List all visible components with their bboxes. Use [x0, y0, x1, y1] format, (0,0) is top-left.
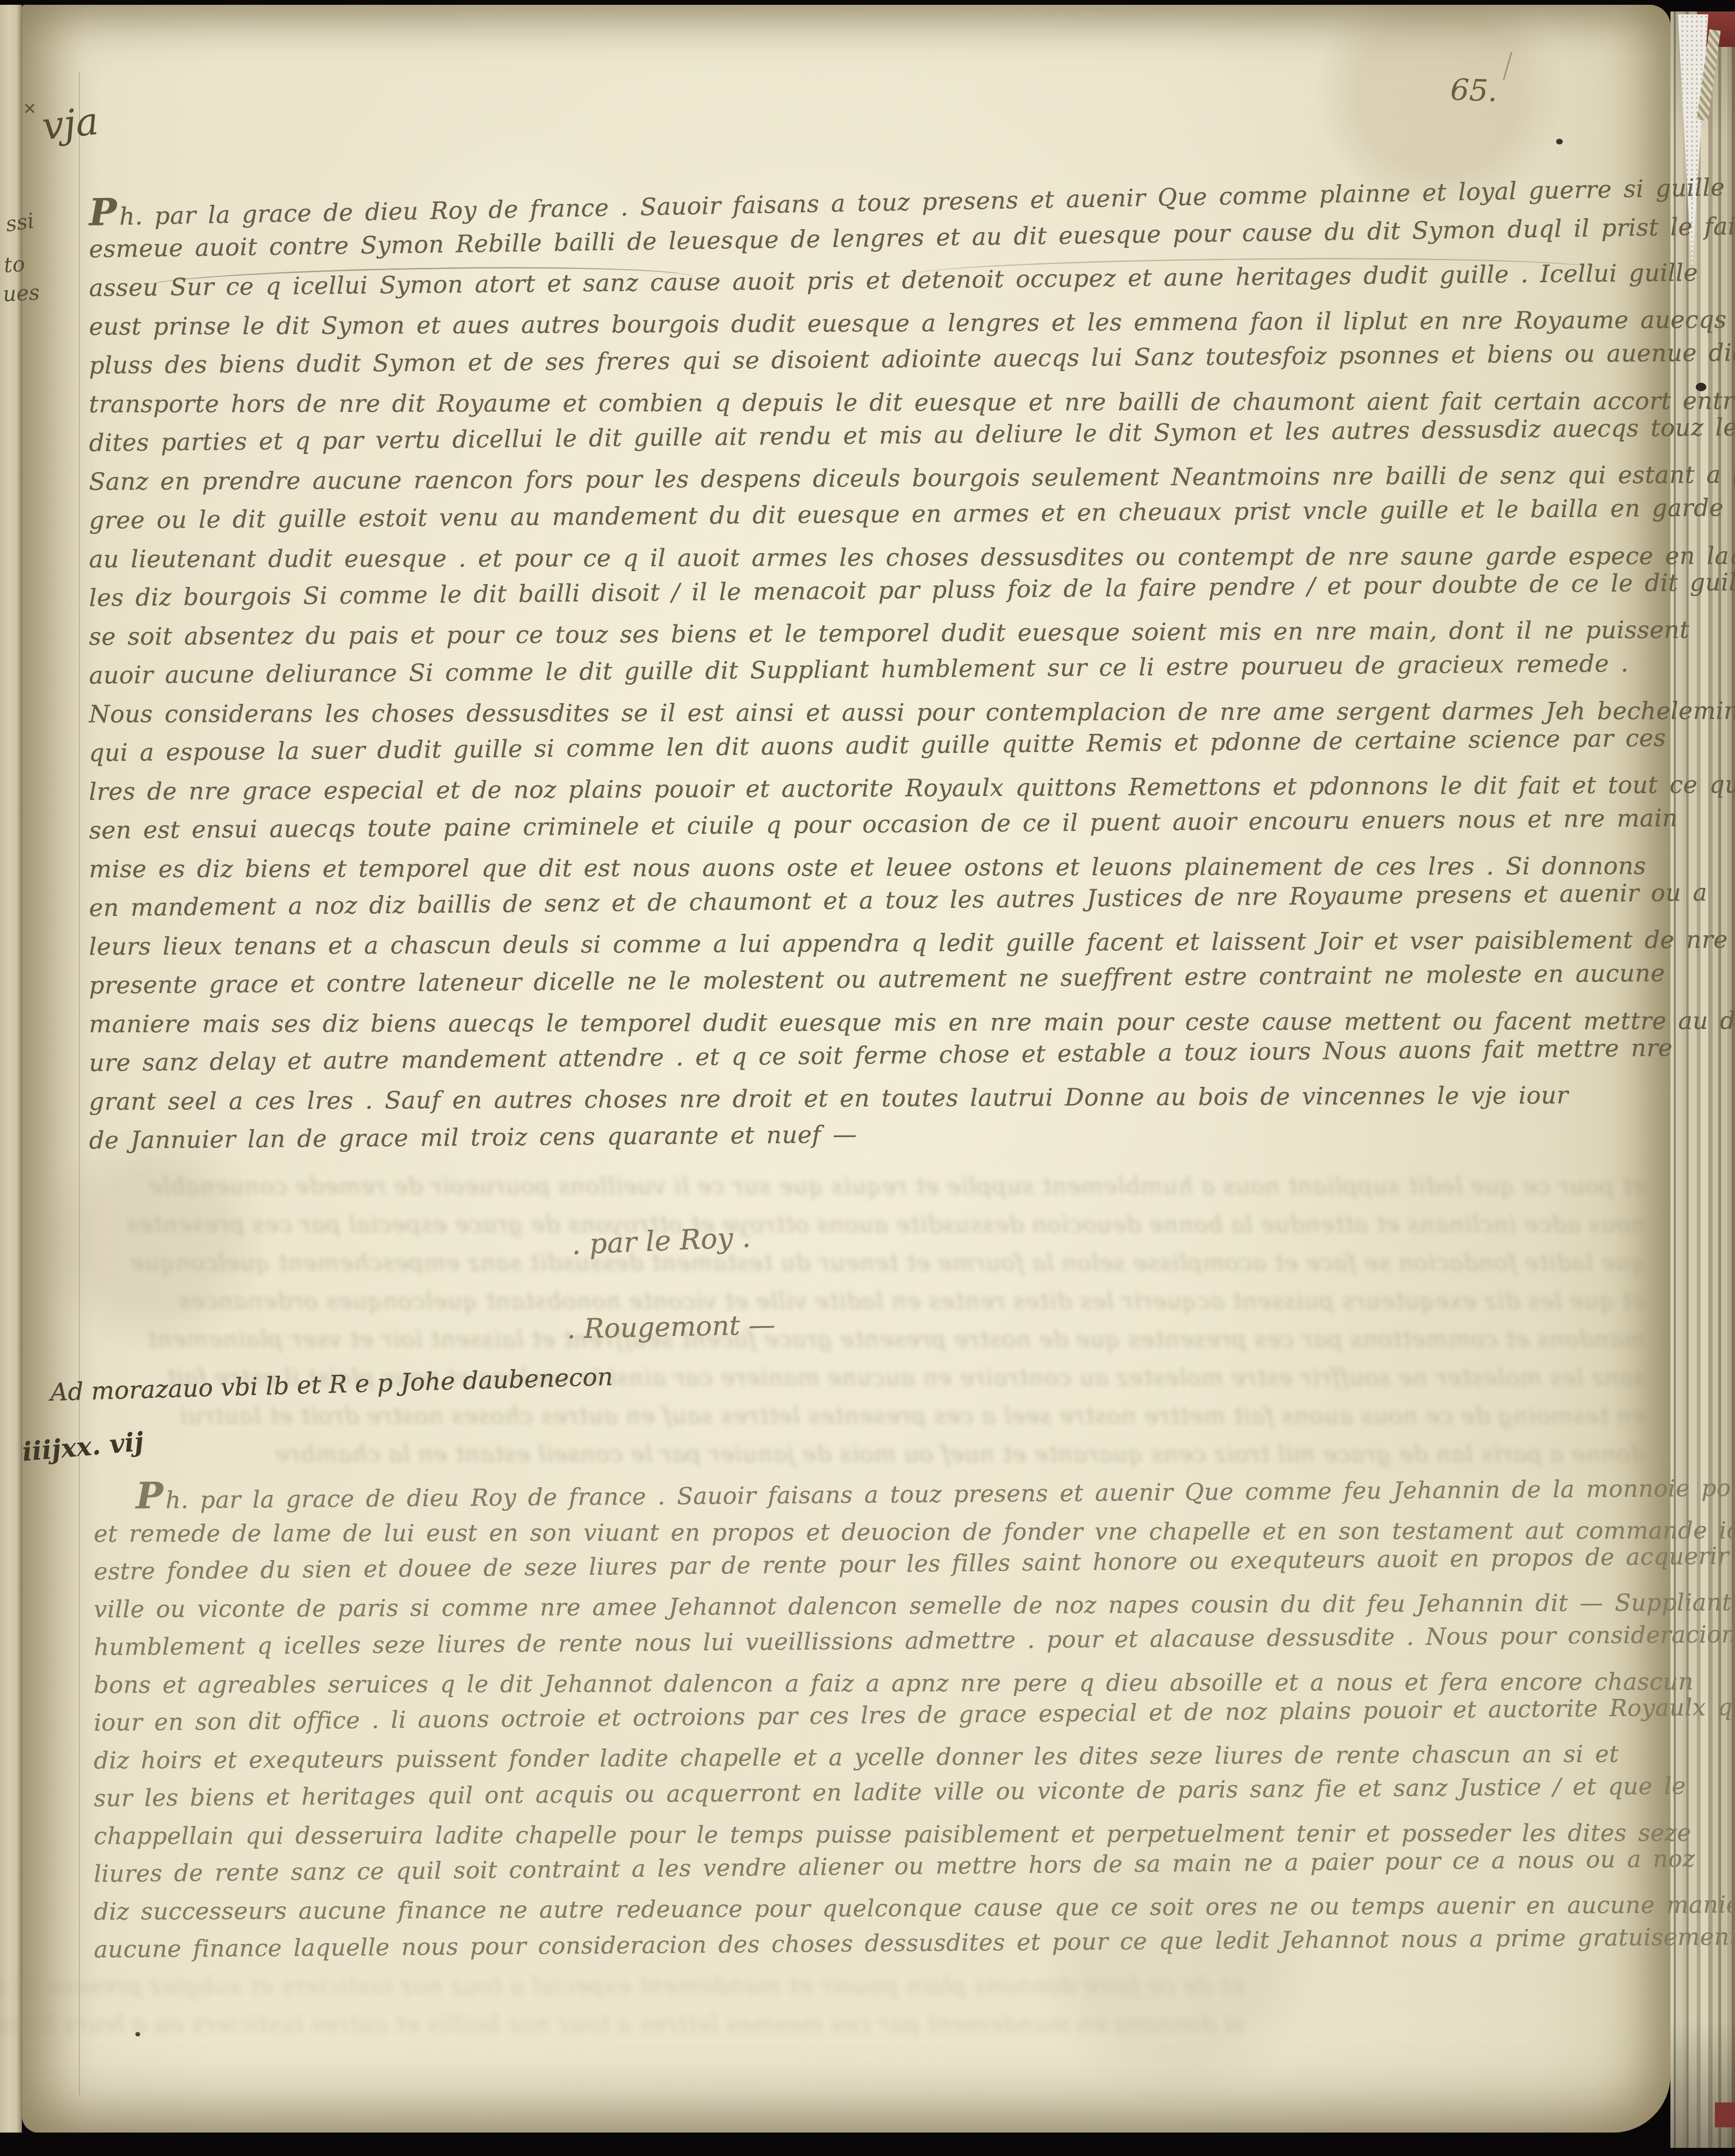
bleedthrough-text: et pour ce que ledit suppliant nous a hu…: [268, 1167, 1646, 1473]
margin-fragment: ues: [2, 280, 41, 307]
charter-1-text: Ph. par la grace de dieu Roy de france .…: [89, 191, 1658, 1160]
margin-cross-mark: ✕: [23, 100, 37, 119]
margin-ruling-line: [79, 72, 80, 2095]
cover-red-edge-bottom: [1715, 2102, 1735, 2127]
text-line: mandons et commettons par ces presentes …: [268, 1320, 1646, 1359]
charter-2-text: Ph. par la grace de dieu Roy de france .…: [94, 1477, 1663, 1968]
page-number: 65.: [1450, 72, 1498, 108]
text-line: et de ce faire donnons plain pouoir et m…: [144, 1967, 1244, 2005]
ink-blot: [1556, 139, 1563, 144]
text-line: que ladite fondacion se face et acomplis…: [268, 1244, 1646, 1282]
margin-fragment: to: [3, 252, 26, 278]
ink-blot: [1696, 383, 1706, 391]
text-line: et pour ce que ledit suppliant nous a hu…: [268, 1167, 1646, 1205]
text-line: et que les diz exequteurs puissent acque…: [268, 1282, 1646, 1320]
text-line: si donnons en mandement par ces mesmes l…: [144, 2005, 1244, 2044]
ink-blot: [135, 2032, 140, 2036]
margin-fragment: ssi: [4, 209, 36, 237]
previous-folio-edge: [0, 5, 22, 2133]
text-line: en tesmoing de ce nous auons fait mettre…: [268, 1397, 1646, 1435]
margin-foliation-note: vja: [40, 99, 100, 149]
text-line: nous adce inclinans et attendue la bonne…: [268, 1205, 1646, 1244]
bleedthrough-text: et de ce faire donnons plain pouoir et m…: [144, 1967, 1244, 2044]
manuscript-scan: 65. ✕ vja ssi to ues Ph. par la grace de…: [0, 0, 1735, 2156]
signature-rougemont: . Rougemont —: [566, 1309, 775, 1345]
